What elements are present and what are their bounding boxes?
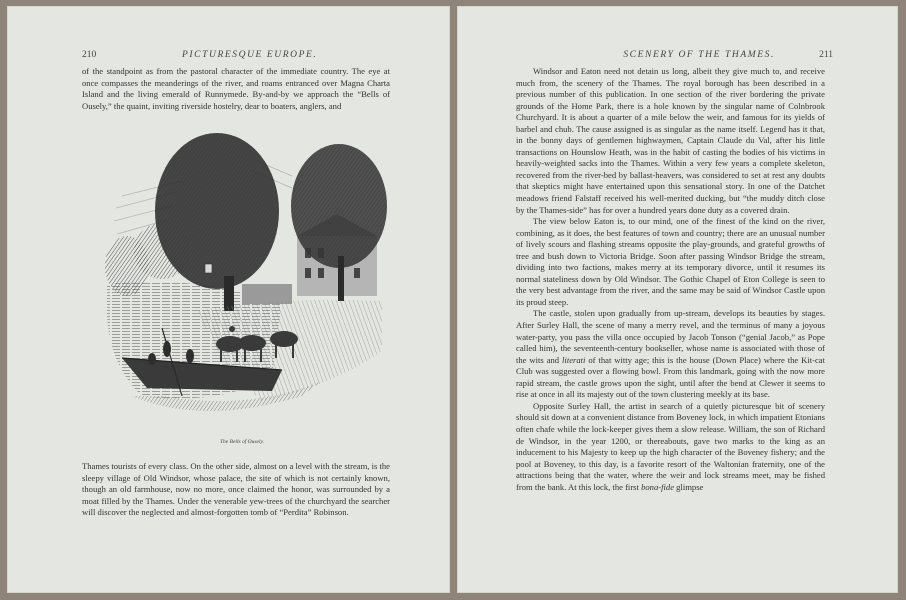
running-title: SCENERY OF THE THAMES. bbox=[515, 50, 775, 60]
italic-term-bona-fide: bona-fide bbox=[641, 482, 674, 492]
page-number: 210 bbox=[82, 50, 182, 60]
paragraph-4-text-a: Opposite Surley Hall, the artist in sear… bbox=[516, 401, 825, 492]
paragraph: of the standpoint as from the pastoral c… bbox=[82, 66, 390, 112]
paragraph-4-text-b: glimpse bbox=[674, 482, 703, 492]
running-title: PICTURESQUE EUROPE. bbox=[182, 50, 317, 60]
body-text-top: of the standpoint as from the pastoral c… bbox=[82, 66, 390, 112]
left-page: 210 PICTURESQUE EUROPE. of the standpoin… bbox=[7, 6, 450, 593]
running-head-left: 210 PICTURESQUE EUROPE. bbox=[82, 50, 400, 60]
right-page: SCENERY OF THE THAMES. 211 Windsor and E… bbox=[457, 6, 898, 593]
illustration-caption: The Bells of Ousely. bbox=[157, 439, 327, 445]
paragraph-4: Opposite Surley Hall, the artist in sear… bbox=[516, 401, 825, 493]
paragraph-1: Windsor and Eaton need not detain us lon… bbox=[516, 66, 825, 216]
running-head-right: SCENERY OF THE THAMES. 211 bbox=[515, 50, 833, 60]
body-text-bottom: Thames tourists of every class. On the o… bbox=[82, 461, 390, 519]
page-number: 211 bbox=[819, 50, 833, 60]
paragraph-2: The view below Eaton is, to our mind, on… bbox=[516, 216, 825, 308]
paragraph: Thames tourists of every class. On the o… bbox=[82, 461, 390, 519]
paragraph-3: The castle, stolen upon gradually from u… bbox=[516, 308, 825, 400]
italic-term-literati: literati bbox=[562, 355, 585, 365]
body-text: Windsor and Eaton need not detain us lon… bbox=[516, 66, 825, 493]
engraving-illustration bbox=[102, 126, 388, 431]
